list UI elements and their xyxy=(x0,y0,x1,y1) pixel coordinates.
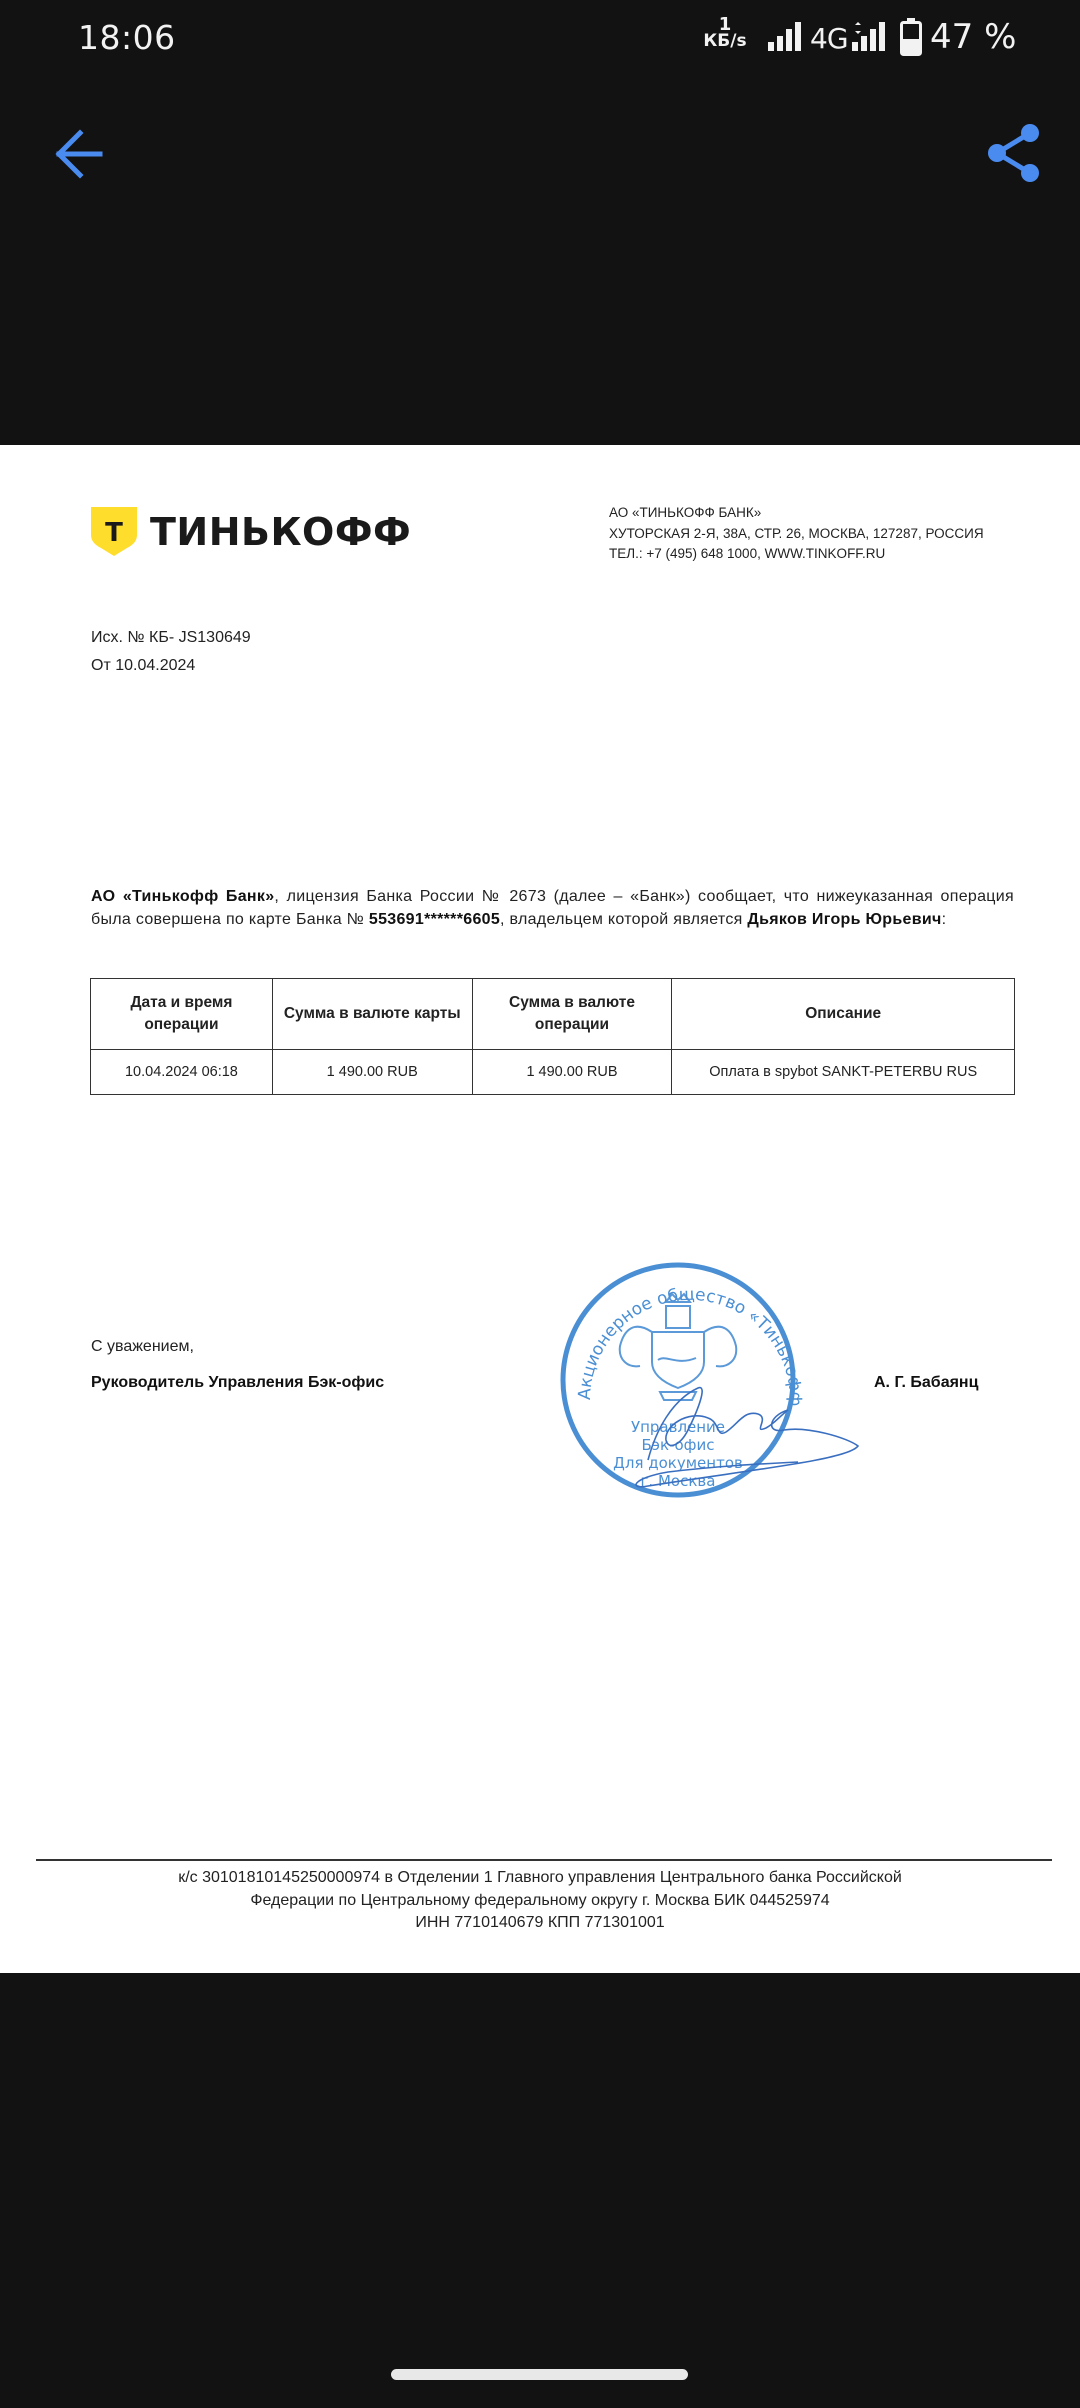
footer-divider xyxy=(36,1859,1052,1861)
battery-percent: 47 % xyxy=(930,17,1016,57)
bank-contact-line: ТЕЛ.: +7 (495) 648 1000, WWW.TINKOFF.RU xyxy=(609,544,984,565)
back-button[interactable] xyxy=(40,124,110,184)
outgoing-number: Исх. № КБ- JS130649 xyxy=(91,624,251,652)
bank-name-line: АО «ТИНЬКОФФ БАНК» xyxy=(609,503,984,524)
network-speed: 1 КБ/s xyxy=(700,16,750,50)
signer-position: Руководитель Управления Бэк-офис xyxy=(91,1374,384,1392)
stamp-line-3: Для документов xyxy=(613,1454,743,1472)
cell-card-amount: 1 490.00 RUB xyxy=(272,1050,472,1095)
stamp-seal-icon: Акционерное общество «Тинькофф Банк» Упр… xyxy=(548,1250,868,1510)
home-indicator[interactable] xyxy=(391,2369,688,2380)
bank-requisites-footer: к/с 30101810145250000974 в Отделении 1 Г… xyxy=(0,1867,1080,1935)
bank-name: АО «Тинькофф Банк» xyxy=(91,888,274,905)
arrow-left-icon xyxy=(40,124,110,184)
bank-address: АО «ТИНЬКОФФ БАНК» ХУТОРСКАЯ 2-Я, 38А, С… xyxy=(609,503,984,565)
share-button[interactable] xyxy=(975,118,1045,188)
signal-icon xyxy=(768,22,802,52)
header-operation-amount: Сумма в валюте операции xyxy=(472,979,672,1050)
header-card-amount: Сумма в валюте карты xyxy=(272,979,472,1050)
data-signal-icon xyxy=(852,22,886,52)
cell-operation-amount: 1 490.00 RUB xyxy=(472,1050,672,1095)
share-icon xyxy=(975,118,1045,188)
closing-regards: С уважением, xyxy=(91,1338,194,1356)
footer-line-3: ИНН 7710140679 КПП 771301001 xyxy=(0,1912,1080,1935)
document-reference: Исх. № КБ- JS130649 От 10.04.2024 xyxy=(91,624,251,680)
operations-table: Дата и время операции Сумма в валюте кар… xyxy=(90,978,1015,1095)
network-type: 4G xyxy=(810,22,848,55)
battery-icon xyxy=(900,18,922,56)
intro-text-3: : xyxy=(942,911,947,928)
status-time: 18:06 xyxy=(78,18,176,57)
table-header-row: Дата и время операции Сумма в валюте кар… xyxy=(91,979,1015,1050)
cell-datetime: 10.04.2024 06:18 xyxy=(91,1050,273,1095)
intro-text-2: , владельцем которой является xyxy=(500,911,747,928)
table-row: 10.04.2024 06:18 1 490.00 RUB 1 490.00 R… xyxy=(91,1050,1015,1095)
bank-stamp: Акционерное общество «Тинькофф Банк» Упр… xyxy=(548,1250,868,1515)
header-datetime: Дата и время операции xyxy=(91,979,273,1050)
intro-paragraph: АО «Тинькофф Банк», лицензия Банка Росси… xyxy=(91,886,1014,931)
document-date: От 10.04.2024 xyxy=(91,652,251,680)
footer-line-2: Федерации по Центральному федеральному о… xyxy=(0,1890,1080,1913)
tinkoff-logo: Т xyxy=(91,507,139,562)
card-owner: Дьяков Игорь Юрьевич xyxy=(747,911,941,928)
signer-name: А. Г. Бабаянц xyxy=(874,1374,978,1392)
tinkoff-shield-icon: Т xyxy=(91,507,139,557)
bank-street-line: ХУТОРСКАЯ 2-Я, 38А, СТР. 26, МОСКВА, 127… xyxy=(609,524,984,545)
svg-text:Т: Т xyxy=(105,518,123,548)
header-description: Описание xyxy=(672,979,1015,1050)
tinkoff-wordmark: ТИНЬКОФФ xyxy=(150,510,411,554)
network-speed-unit: КБ/s xyxy=(700,33,750,50)
cell-description: Оплата в spybot SANKT-PETERBU RUS xyxy=(672,1050,1015,1095)
footer-line-1: к/с 30101810145250000974 в Отделении 1 Г… xyxy=(0,1867,1080,1890)
card-number: 553691******6605 xyxy=(369,911,500,928)
